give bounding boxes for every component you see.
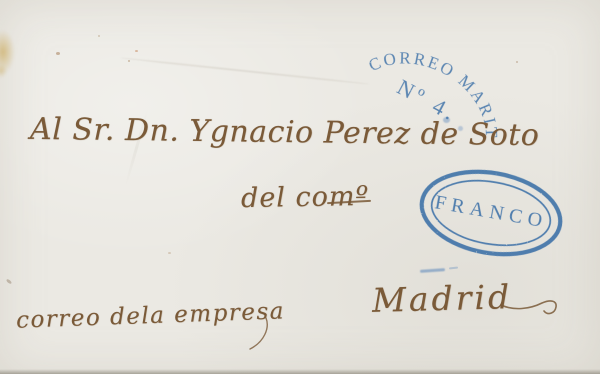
envelope-cover: CORREO MARITIMO Nº 4. FRANCO Al Sr. Dn. … — [0, 0, 600, 374]
sender-note-line: correo dela empresa — [16, 298, 286, 333]
foxing-speck — [135, 50, 138, 52]
blue-ink-smudge — [420, 268, 445, 273]
paper-stain — [0, 30, 15, 74]
paper-stain — [0, 64, 7, 78]
franco-text: FRANCO — [433, 191, 549, 232]
destination-line: Madrid — [372, 277, 513, 320]
franco-postmark-stamp: FRANCO — [405, 163, 580, 268]
ink-fleck — [6, 278, 13, 284]
foxing-speck — [168, 252, 171, 254]
address-line-1: Al Sr. Dn. Ygnacio Perez de Soto — [30, 112, 540, 153]
foxing-speck — [98, 35, 100, 37]
address-line-2: del comº — [241, 181, 370, 214]
foxing-speck — [56, 52, 60, 55]
foxing-speck — [128, 60, 130, 62]
